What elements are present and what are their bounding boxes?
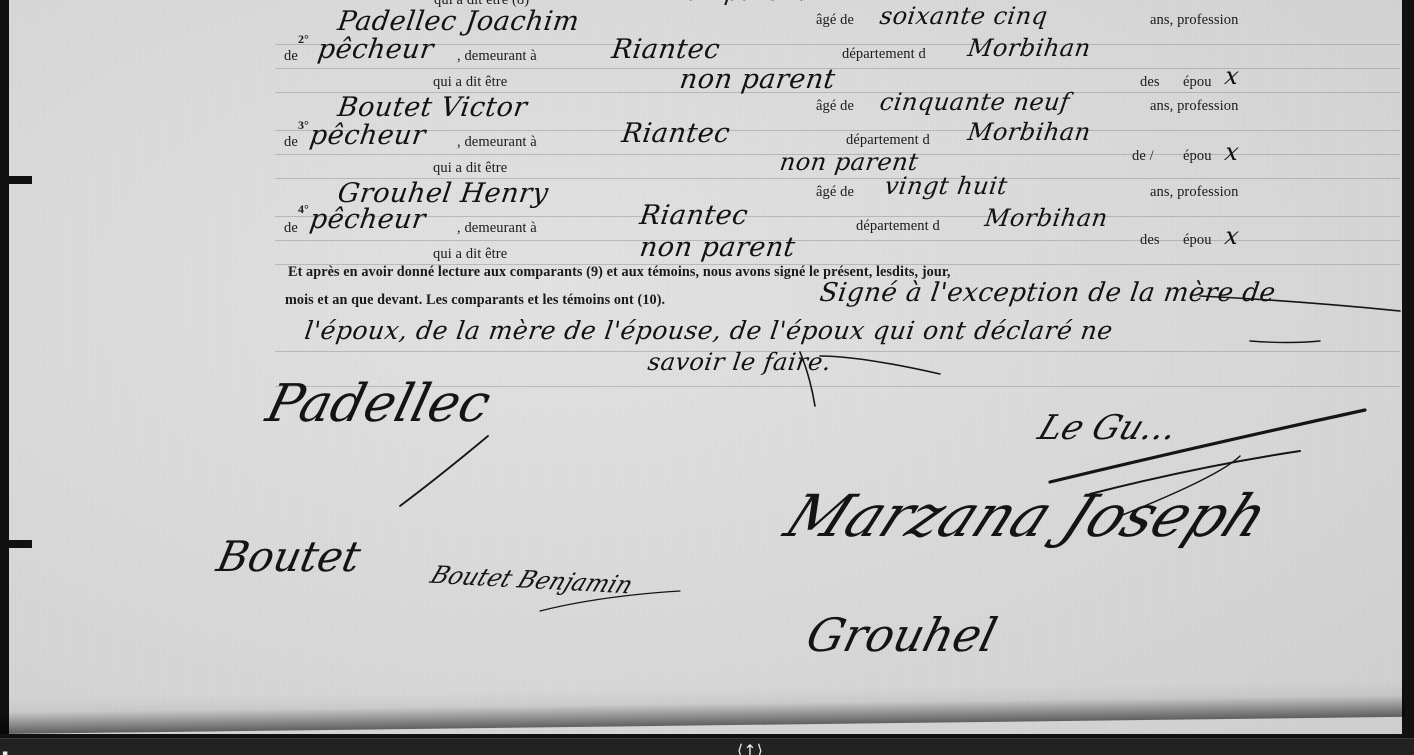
rotate-icon[interactable]: ⟨↑⟩ bbox=[737, 744, 763, 755]
toolbar-left-icon[interactable]: ▪ bbox=[2, 747, 8, 755]
signature-flourishes bbox=[0, 0, 1405, 734]
viewer-toolbar: ▪ ⟨↑⟩ bbox=[0, 738, 1414, 755]
document-viewer[interactable]: qui a dit être (8) non parent 2° Padelle… bbox=[0, 0, 1414, 738]
scanned-page: qui a dit être (8) non parent 2° Padelle… bbox=[0, 0, 1405, 734]
